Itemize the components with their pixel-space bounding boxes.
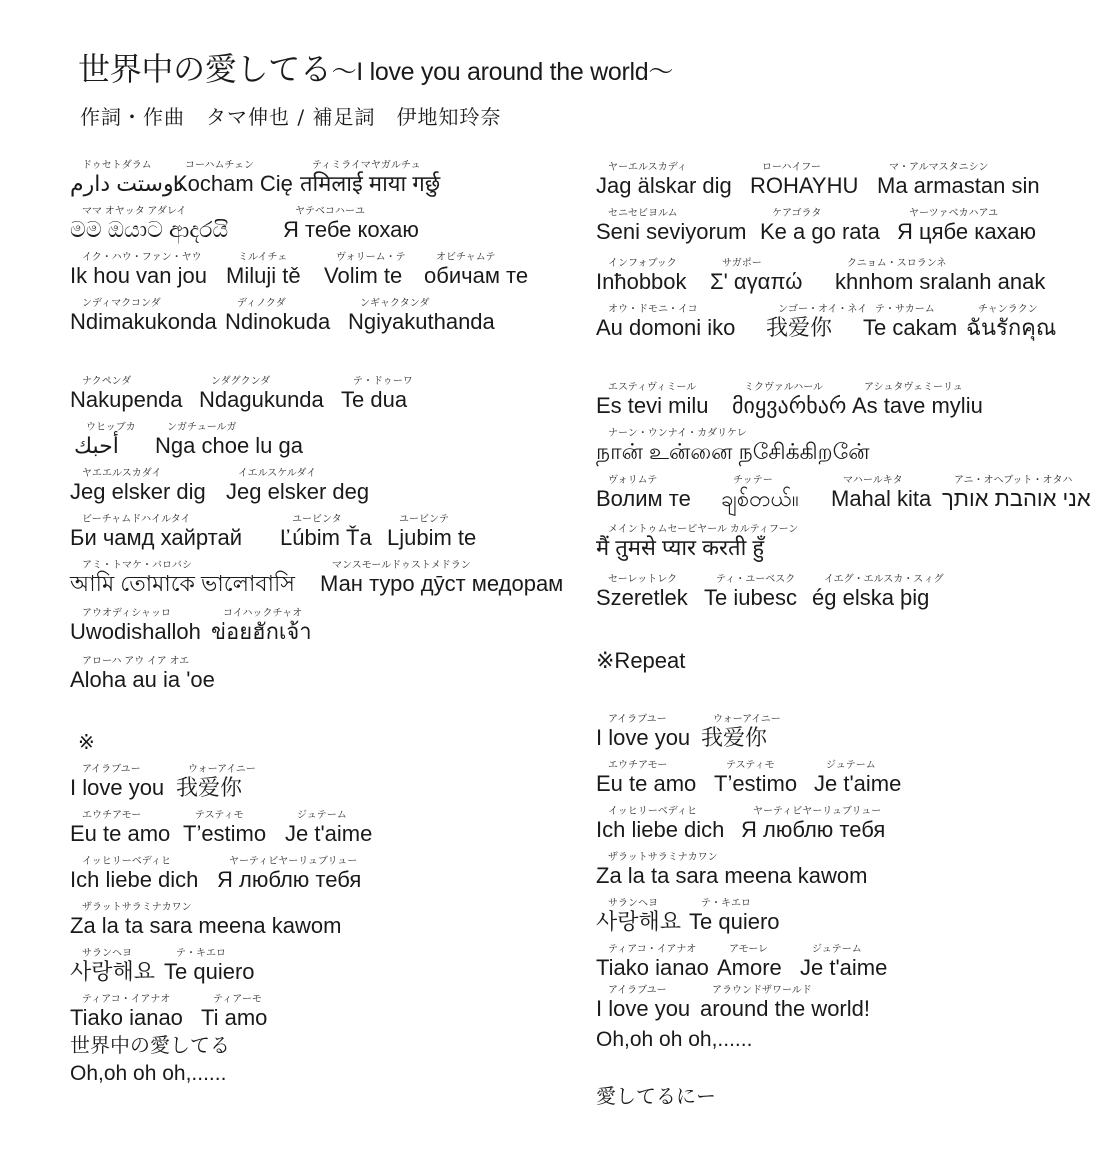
lyric-text: Je t'aime [285,821,372,847]
lyric-word: クニョム・スロランネkhnhom sralanh anak [835,258,1045,295]
furigana-reading: アモーレ [717,944,782,955]
lyric-word: テ・キエロTe quiero [689,898,780,935]
furigana-reading: コイハックチャオ [211,608,312,619]
furigana-reading: テ・キエロ [689,898,780,909]
lyric-word: ヴォリムテВолим те [596,475,691,512]
lyric-word: オウ・ドモニ・イコAu domoni iko [596,304,735,341]
lyric-text: Ndinokuda [225,309,330,335]
furigana-reading: ケアゴラタ [760,208,880,219]
furigana-reading: ヴォリーム・テ [324,252,406,263]
furigana-reading: エウチアモー [70,810,170,821]
lyric-word: アウオディシャッロUwodishalloh [70,608,201,645]
lyric-word: ナーン・ウンナイ・カダリケレநான் உன்னை நசேிக்கிறனே் [596,428,870,465]
closing-line-japanese: 世界中の愛してる [70,1032,230,1058]
lyric-word: アイラブユーI love you [70,764,164,801]
furigana-reading: ローハイフー [750,162,858,173]
lyric-text: Za la ta sara meena kawom [70,913,341,939]
lyric-word: チッテーချစ်တယ်။ [721,475,799,512]
lyric-text: 사랑해요 [70,959,155,985]
lyric-text: I love you [596,725,690,751]
lyric-word: ジュテームJe t'aime [814,760,901,797]
lyric-text: Σ' αγαπώ [710,269,802,295]
lyric-text: Uwodishalloh [70,619,201,645]
lyric-word: ンゴー・オイ・ネイ我爱你 [766,304,867,341]
lyric-text: Jeg elsker deg [226,479,369,505]
furigana-reading: テスティモ [183,810,266,821]
lyric-text: Je t'aime [814,771,901,797]
lyric-word: アローハ アウ イア オエAloha au ia 'oe [70,656,215,693]
lyric-word: ローハイフーROHAYHU [750,162,858,199]
lyric-text: Es tevi milu [596,393,708,419]
lyric-word: ユービンタĽúbim Ťa [280,514,372,551]
lyric-text: Jeg elsker dig [70,479,206,505]
lyric-word: アモーレAmore [717,944,782,981]
lyric-word: イッヒリーベディヒIch liebe dich [70,856,198,893]
lyric-text: Ich liebe dich [596,817,724,843]
furigana-reading: ミルイチェ [226,252,301,263]
lyric-text: Ljubim te [387,525,476,551]
lyric-word: イエグ・エルスカ・スィグég elska þig [812,574,944,611]
furigana-reading: マ・アルマスタニシン [877,162,1040,173]
lyric-text: Ngiyakuthanda [348,309,495,335]
lyric-word: アニ・オヘブット・オタハאני אוהבת אותך [942,475,1091,512]
lyric-word: ディノクダNdinokuda [225,298,330,335]
furigana-reading: イッヒリーベディヒ [596,806,724,817]
furigana-reading: ジュテーム [800,944,887,955]
lyric-word: サランヘヨ사랑해요 [596,898,681,935]
lyric-text: Ман туро дӯст медорам [320,571,563,597]
furigana-reading: ナーン・ウンナイ・カダリケレ [596,428,870,439]
lyric-text: მიყვარხარ [732,393,846,419]
furigana-reading: オウ・ドモニ・イコ [596,304,735,315]
lyric-word: エウチアモーEu te amo [596,760,696,797]
furigana-reading: テスティモ [714,760,797,771]
furigana-reading: ヤーエルスカディ [596,162,732,173]
furigana-reading: チャンラクン [966,304,1056,315]
lyric-text: Я люблю тебя [741,817,885,843]
lyric-word: ヤテベコハーユЯ тебе кохаю [283,206,419,243]
furigana-reading: テ・キエロ [164,948,255,959]
lyric-text: Ndagukunda [199,387,324,413]
lyric-word: ドゥセトダラムدوستت دارم [70,160,183,197]
lyric-word: ケアゴラタKe a go rata [760,208,880,245]
lyric-text: Je t'aime [800,955,887,981]
lyric-word: ウォーアイニー我爱你 [701,714,781,751]
furigana-reading: ティミライマヤガルチュ [300,160,440,171]
lyric-word: サランヘヨ사랑해요 [70,948,155,985]
lyric-text: around the world! [700,996,870,1022]
furigana-reading: ヤエエルスカダイ [70,468,206,479]
lyric-text: 我爱你 [701,725,781,751]
lyric-word: ヤーエルスカディJag älskar dig [596,162,732,199]
lyric-word: コイハックチャオข่อยฮักเจ้า [211,608,312,645]
lyric-word: ジュテームJe t'aime [285,810,372,847]
lyric-word: マハールキタMahal kita [831,475,931,512]
furigana-reading: ザラットサラミナカワン [70,902,341,913]
lyric-text: 我爱你 [176,775,256,801]
lyric-word: メイントゥムセーピヤール カルティフーンमैं तुमसे प्यार करती… [596,524,798,561]
chorus-mark: ※ [78,730,95,755]
furigana-reading: イク・ハウ・ファン・ヤウ [70,252,207,263]
lyric-text: Ik hou van jou [70,263,207,289]
furigana-reading: ジュテーム [285,810,372,821]
lyric-text: Ma armastan sin [877,173,1040,199]
furigana-reading: エウチアモー [596,760,696,771]
furigana-reading: イエルスケルダイ [226,468,369,479]
lyric-word: アミ・トマケ・バロバシআমি তোমাকে ভালোবাসি [70,560,295,597]
lyric-word: ウォーアイニー我爱你 [176,764,256,801]
furigana-reading: ンギャクタンダ [348,298,495,309]
lyric-text: Ľúbim Ťa [280,525,372,551]
lyric-text: Ke a go rata [760,219,880,245]
lyric-text: Te iubesc [704,585,797,611]
furigana-reading: セニセビヨルム [596,208,746,219]
lyric-text: Ndimakukonda [70,309,217,335]
furigana-reading: ナクペンダ [70,376,183,387]
lyric-text: Seni seviyorum [596,219,746,245]
lyric-text: обичам те [424,263,528,289]
lyric-word: テ・サカームTe cakam [863,304,957,341]
furigana-reading: コーハムチェン [173,160,293,171]
furigana-reading: インフォブック [596,258,687,269]
lyric-text: Amore [717,955,782,981]
lyric-word: ユービンテLjubim te [387,514,476,551]
lyric-word: ンディマクコンダNdimakukonda [70,298,217,335]
furigana-reading: ティアーモ [201,994,267,1005]
lyric-text: T’estimo [183,821,266,847]
furigana-reading: テ・ドゥーワ [341,376,413,387]
closing-line-oh: Oh,oh oh oh,...... [70,1061,226,1087]
furigana-reading: ヴォリムテ [596,475,691,486]
lyric-text: Я тебе кохаю [283,217,419,243]
lyric-text: Волим те [596,486,691,512]
furigana-reading: ヤーティビヤーリュブリュー [741,806,885,817]
lyric-word: ミクヴァルハールმიყვარხარ [732,382,846,419]
furigana-reading: テ・サカーム [863,304,957,315]
lyric-word: アシュタヴェミーリュAs tave myliu [852,382,983,419]
lyric-text: אני אוהבת אותך [942,486,1091,512]
lyric-text: As tave myliu [852,393,983,419]
lyric-word: チャンラクンฉันรักคุณ [966,304,1056,341]
lyric-word: ミルイチェMiluji tě [226,252,301,289]
lyric-text: ข่อยฮักเจ้า [211,619,312,645]
title-english: 〜I love you around the world〜 [332,58,673,86]
lyric-text: मैं तुमसे प्यार करती हुँ [596,535,798,561]
furigana-reading: マンスモールドゥストメドラン [320,560,563,571]
furigana-reading: ジュテーム [814,760,901,771]
lyric-text: तमिलाई माया गर्छु [300,171,440,197]
lyric-text: நான் உன்னை நசேிக்கிறனே் [596,439,870,465]
lyric-text: Te dua [341,387,413,413]
lyric-text: Te cakam [863,315,957,341]
furigana-reading: アローハ アウ イア オエ [70,656,215,667]
furigana-reading: ヤーティビヤーリュブリュー [217,856,361,867]
furigana-reading: ヤテベコハーユ [283,206,419,217]
furigana-reading: サランヘヨ [70,948,155,959]
lyric-word: セーレットレクSzeretlek [596,574,688,611]
furigana-reading: アシュタヴェミーリュ [852,382,983,393]
furigana-reading: オビチャムテ [424,252,528,263]
furigana-reading: アイラブユー [596,714,690,725]
closing-line-final: 愛してるにー [596,1083,716,1109]
lyric-text: Te quiero [689,909,780,935]
furigana-reading: ウォーアイニー [176,764,256,775]
lyric-word: ウヒッブカأحبك [74,422,136,459]
furigana-reading: ママ オヤッタ アダレイ [70,206,228,217]
lyric-word: エウチアモーEu te amo [70,810,170,847]
furigana-reading: アウオディシャッロ [70,608,201,619]
lyric-word: ビーチャムドハイルタイБи чамд хайртай [70,514,242,551]
lyric-text: Au domoni iko [596,315,735,341]
closing-line-oh-right: Oh,oh oh oh,...... [596,1027,752,1053]
furigana-reading: ンディマクコンダ [70,298,217,309]
lyric-word: ティ・ユーベスクTe iubesc [704,574,797,611]
furigana-reading: ウヒッブカ [74,422,136,433]
furigana-reading: ンガチュールガ [155,422,303,433]
lyric-text: Tiako ianao [70,1005,183,1031]
furigana-reading: ンゴー・オイ・ネイ [766,304,867,315]
lyric-text: Aloha au ia 'oe [70,667,215,693]
lyric-text: Inħobbok [596,269,687,295]
furigana-reading: アニ・オヘブット・オタハ [942,475,1091,486]
lyric-word: ママ オヤッタ アダレイමම ඔයාට ආදරයි [70,206,228,243]
lyric-text: আমি তোমাকে ভালোবাসি [70,571,295,597]
lyric-word: ティアコ・イアナオTiako ianao [70,994,183,1031]
lyric-text: ég elska þig [812,585,944,611]
lyric-text: Nakupenda [70,387,183,413]
furigana-reading: ユービンテ [387,514,476,525]
lyric-word: エスティヴィミールEs tevi milu [596,382,708,419]
furigana-reading: イッヒリーベディヒ [70,856,198,867]
lyric-word: ザラットサラミナカワンZa la ta sara meena kawom [70,902,341,939]
lyric-word: ヤエエルスカダイJeg elsker dig [70,468,206,505]
lyric-text: Miluji tě [226,263,301,289]
song-credits: 作詞・作曲 タマ伸也 / 補足詞 伊地知玲奈 [80,101,501,130]
furigana-reading: アラウンドザワールド [700,985,870,996]
song-title: 世界中の愛してる〜I love you around the world〜 [78,44,673,90]
lyric-word: マ・アルマスタニシンMa armastan sin [877,162,1040,199]
furigana-reading: ザラットサラミナカワン [596,852,867,863]
lyric-word: テ・キエロTe quiero [164,948,255,985]
lyric-text: Eu te amo [596,771,696,797]
furigana-reading: ドゥセトダラム [70,160,183,171]
lyric-text: khnhom sralanh anak [835,269,1045,295]
lyric-text: Szeretlek [596,585,688,611]
lyric-word: アラウンドザワールドaround the world! [700,985,870,1022]
lyric-text: Би чамд хайртай [70,525,242,551]
lyric-word: アイラブユーI love you [596,714,690,751]
furigana-reading: ミクヴァルハール [732,382,846,393]
lyric-text: T’estimo [714,771,797,797]
furigana-reading: ティ・ユーベスク [704,574,797,585]
lyric-text: 사랑해요 [596,909,681,935]
lyric-word: マンスモールドゥストメドランМан туро дӯст медорам [320,560,563,597]
furigana-reading: アミ・トマケ・バロバシ [70,560,295,571]
lyric-word: テ・ドゥーワTe dua [341,376,413,413]
lyric-text: ချစ်တယ်။ [721,486,799,512]
lyric-text: Tiako ianao [596,955,709,981]
lyric-word: ンダグクンダNdagukunda [199,376,324,413]
lyric-text: I love you [596,996,690,1022]
lyric-text: 我爱你 [766,315,867,341]
lyric-word: セニセビヨルムSeni seviyorum [596,208,746,245]
lyric-word: ヤーツァベカハアユЯ цябе кахаю [897,208,1036,245]
lyric-word: ヤーティビヤーリュブリューЯ люблю тебя [217,856,361,893]
lyric-word: オビチャムテобичам те [424,252,528,289]
furigana-reading: アイラブユー [70,764,164,775]
lyric-word: テスティモT’estimo [183,810,266,847]
furigana-reading: ディノクダ [225,298,330,309]
furigana-reading: ンダグクンダ [199,376,324,387]
lyric-text: Volim te [324,263,406,289]
furigana-reading: チッテー [721,475,799,486]
furigana-reading: クニョム・スロランネ [835,258,1045,269]
lyric-text: دوستت دارم [70,171,183,197]
furigana-reading: マハールキタ [831,475,931,486]
lyric-word: ティアーモTi amo [201,994,267,1031]
furigana-reading: ヤーツァベカハアユ [897,208,1036,219]
furigana-reading: セーレットレク [596,574,688,585]
furigana-reading: サガポー [710,258,802,269]
lyric-word: イク・ハウ・ファン・ヤウIk hou van jou [70,252,207,289]
furigana-reading: ティアコ・イアナオ [70,994,183,1005]
lyric-text: ROHAYHU [750,173,858,199]
lyric-word: テスティモT’estimo [714,760,797,797]
lyric-word: ヴォリーム・テVolim te [324,252,406,289]
furigana-reading: ビーチャムドハイルタイ [70,514,242,525]
furigana-reading: ユービンタ [280,514,372,525]
lyric-text: Za la ta sara meena kawom [596,863,867,889]
lyric-text: Te quiero [164,959,255,985]
furigana-reading: アイラブユー [596,985,690,996]
furigana-reading: イエグ・エルスカ・スィグ [812,574,944,585]
lyric-text: Nga choe lu ga [155,433,303,459]
furigana-reading: メイントゥムセーピヤール カルティフーン [596,524,798,535]
lyric-text: ฉันรักคุณ [966,315,1056,341]
lyric-word: ジュテームJe t'aime [800,944,887,981]
lyric-word: サガポーΣ' αγαπώ [710,258,802,295]
lyric-word: ザラットサラミナカワンZa la ta sara meena kawom [596,852,867,889]
lyric-text: Ti amo [201,1005,267,1031]
lyric-word: イッヒリーベディヒIch liebe dich [596,806,724,843]
lyric-text: මම ඔයාට ආදරයි [70,217,228,243]
lyric-text: Ich liebe dich [70,867,198,893]
lyric-text: أحبك [74,433,136,459]
title-japanese: 世界中の愛してる [78,50,332,88]
lyric-word: コーハムチェンKocham Cię [173,160,293,197]
furigana-reading: エスティヴィミール [596,382,708,393]
lyric-text: Jag älskar dig [596,173,732,199]
lyric-word: インフォブックInħobbok [596,258,687,295]
lyric-word: アイラブユーI love you [596,985,690,1022]
lyric-word: ティアコ・イアナオTiako ianao [596,944,709,981]
lyric-word: ンギャクタンダNgiyakuthanda [348,298,495,335]
lyric-text: Mahal kita [831,486,931,512]
lyric-word: ナクペンダNakupenda [70,376,183,413]
lyric-text: Eu te amo [70,821,170,847]
lyric-word: ヤーティビヤーリュブリューЯ люблю тебя [741,806,885,843]
lyric-word: ンガチュールガNga choe lu ga [155,422,303,459]
lyric-text: Я цябе кахаю [897,219,1036,245]
lyric-word: イエルスケルダイJeg elsker deg [226,468,369,505]
lyric-text: I love you [70,775,164,801]
furigana-reading: ウォーアイニー [701,714,781,725]
lyric-text: Я люблю тебя [217,867,361,893]
lyric-text: Kocham Cię [173,171,293,197]
repeat-label: ※Repeat [596,648,685,674]
furigana-reading: ティアコ・イアナオ [596,944,709,955]
lyric-word: ティミライマヤガルチュतमिलाई माया गर्छु [300,160,440,197]
furigana-reading: サランヘヨ [596,898,681,909]
